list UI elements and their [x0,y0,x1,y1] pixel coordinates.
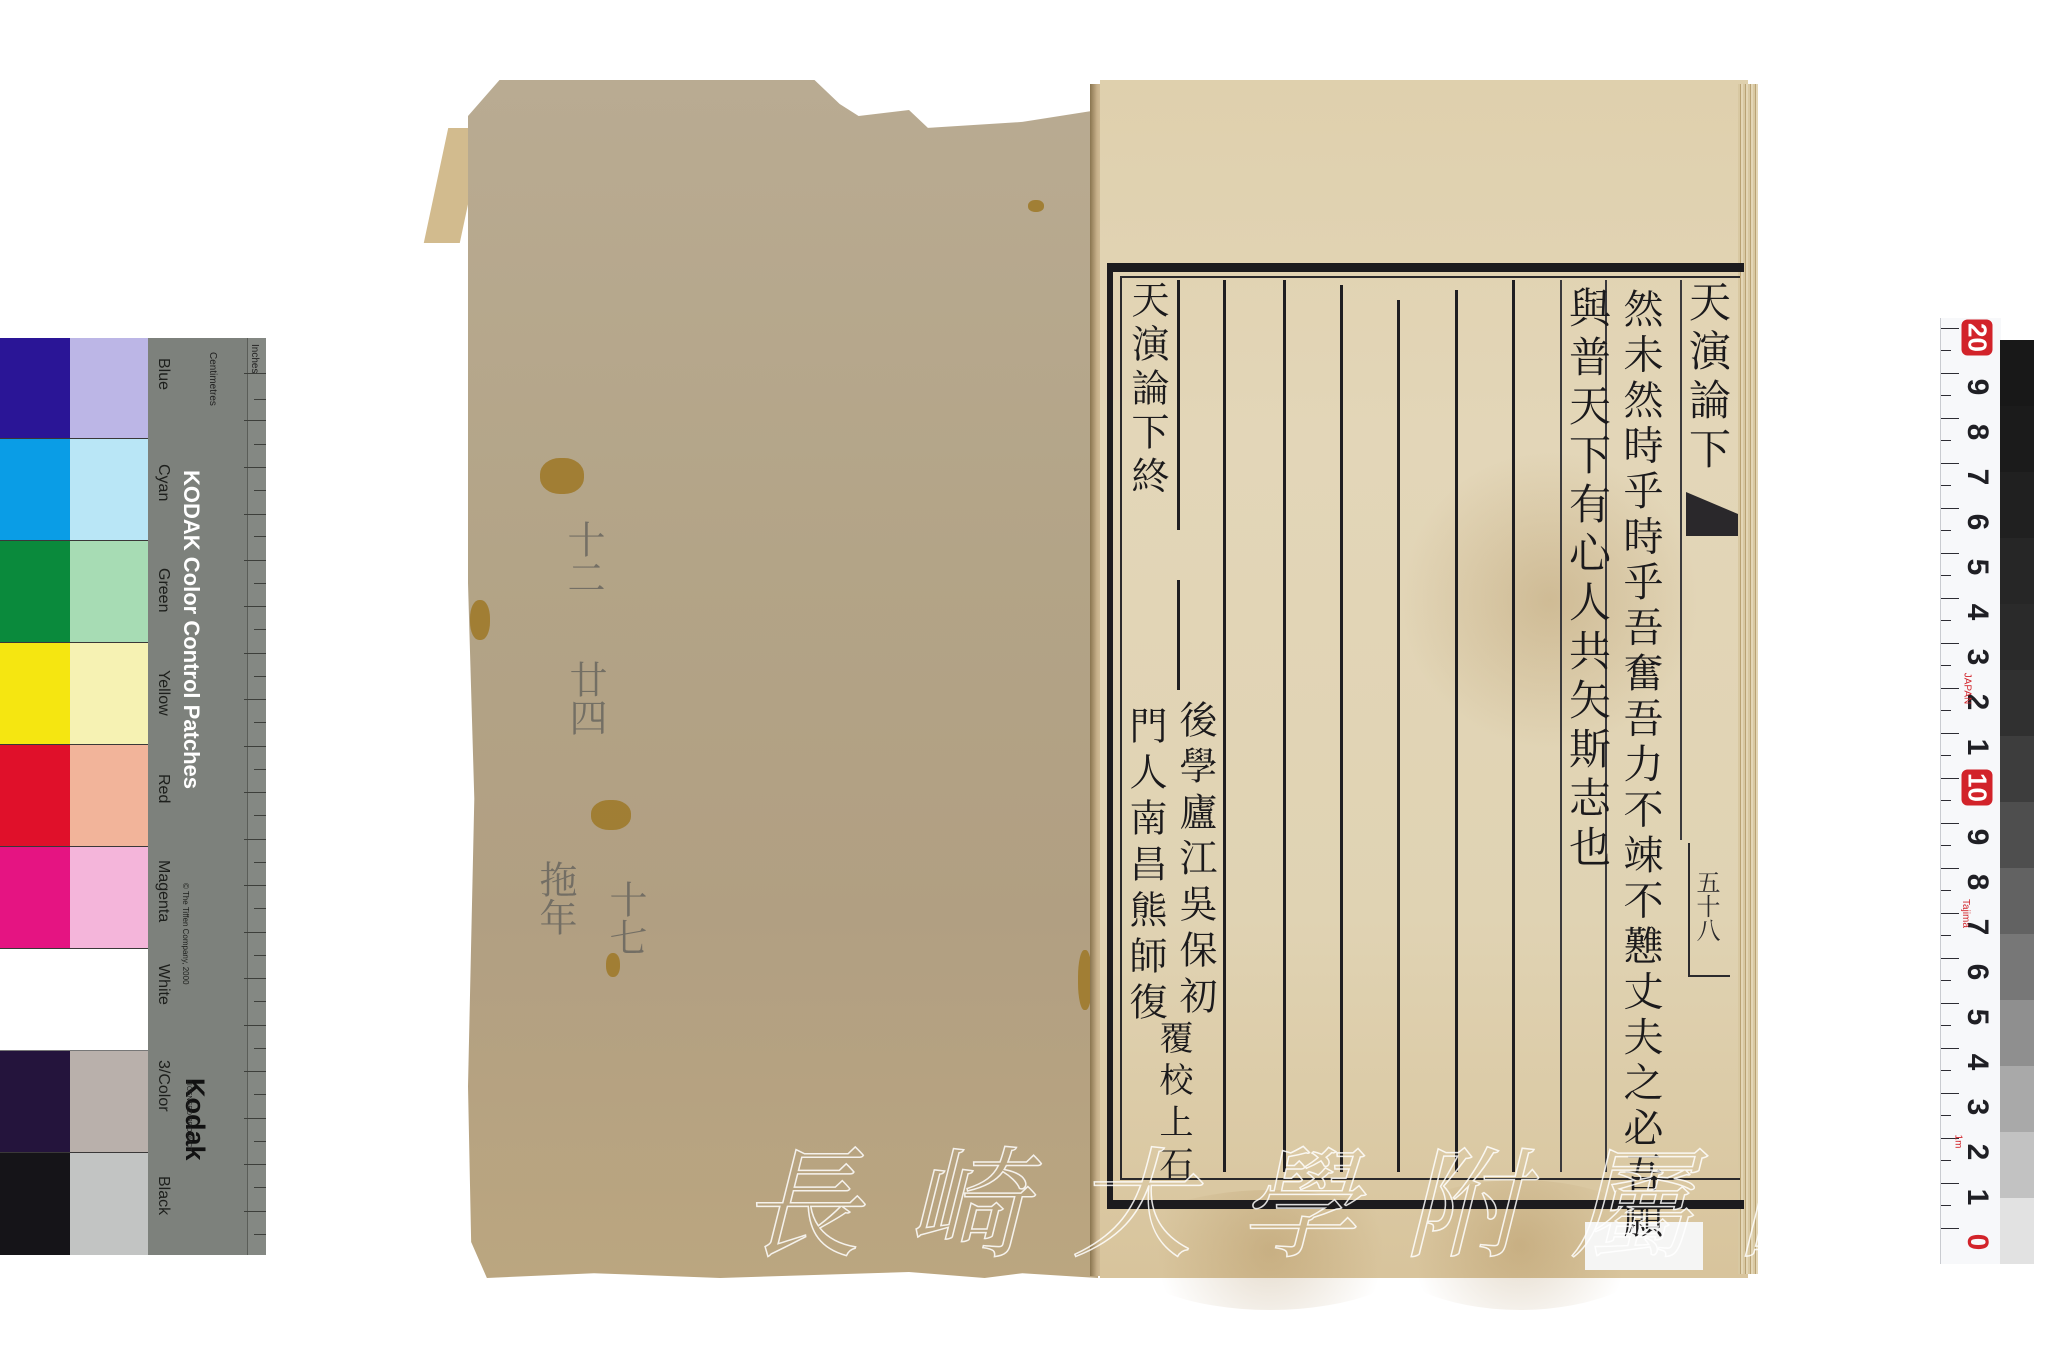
column-rule [1283,280,1286,1172]
ruler-number-20: 20 [1962,320,1993,356]
patch-green-dark [0,541,70,643]
card-copyright: © The Tiffen Company, 2000 [181,883,190,985]
ruler-number: 9 [1960,369,1994,405]
ruler-number: 4 [1960,594,1994,630]
ruler-number: 6 [1960,504,1994,540]
ruler-number: 1 [1960,1179,1994,1215]
ruler-number: 3 [1960,639,1994,675]
paper-loss-stain [540,458,584,494]
patch-red-dark [0,745,70,847]
colophon-column-2: 門人南昌熊師復 [1126,706,1164,1028]
paper-loss-stain [606,953,620,977]
ruler-brand-mark: Tajima [1960,899,1971,928]
patch-blue-light [70,338,148,439]
patch-blue-dark [0,338,70,439]
patch-magenta-dark [0,847,70,949]
paper-loss-stain [1028,200,1044,212]
label-magenta: Magenta [154,860,172,922]
ruler-number: 3 [1960,1089,1994,1125]
patch-white-dark [0,949,70,1051]
ruler-number: 1 [1960,729,1994,765]
patch-3color-dark [0,1051,70,1153]
ruler-number: 2 [1960,1134,1994,1170]
fish-tail-mark [1686,492,1738,536]
colophon-column-1: 後學廬江吳保初 [1176,700,1214,1022]
label-3color: 3/Color [154,1060,172,1112]
ruler-country-mark: JAPAN [1961,673,1972,705]
label-cyan: Cyan [154,464,172,501]
body-column-2: 與普天下有心人共矢斯志也 [1566,286,1608,874]
pencil-annotation: 拖年 [528,860,583,936]
label-blue: Blue [154,358,172,390]
ruler-number: 8 [1960,864,1994,900]
inches-label: Inches [249,344,260,373]
pencil-annotation: 廿四 [558,660,613,736]
color-patches-dark [0,338,70,1255]
ruler-number: 9 [1960,819,1994,855]
label-yellow: Yellow [154,670,172,716]
column-rule [1177,280,1180,530]
folio-number: 五十八 [1694,870,1718,942]
column-rule [1680,280,1682,840]
ruler-number-10: 10 [1962,770,1993,806]
column-rule [1223,280,1226,1172]
ruler-number: 5 [1960,999,1994,1035]
paper-loss-stain [591,800,631,830]
grayscale-strip [2000,340,2034,1264]
end-title: 天演論下終 [1128,280,1166,500]
patch-cyan-dark [0,439,70,541]
patch-red-light [70,745,148,847]
patch-black-dark [0,1153,70,1255]
pencil-annotation: 十二 [556,520,611,596]
ruler-number: 8 [1960,414,1994,450]
label-green: Green [154,568,172,612]
column-rule [1560,280,1562,1172]
ruler-number: 6 [1960,954,1994,990]
pencil-annotation: 十七 [598,880,653,956]
column-rule [1512,280,1515,1172]
patch-cyan-light [70,439,148,541]
patch-yellow-dark [0,643,70,745]
licensed-product-label: LICENSED PRODUCT [185,1080,192,1152]
label-black: Black [154,1176,172,1215]
column-rule [1340,285,1343,1172]
patch-black-light [70,1153,148,1255]
body-column-1: 然未然時乎時乎吾奮吾力不竦不戁丈夫之必吾願 [1620,288,1660,1244]
color-card-label-strip: Inches Centimetres Blue Cyan Green Yello… [148,338,266,1255]
card-title: KODAK Color Control Patches [178,470,204,789]
label-white: White [154,964,172,1005]
ruler-length-mark: 1m [1952,1135,1963,1149]
running-title: 天演論下 [1686,280,1728,476]
column-rule [1455,290,1458,1172]
patch-3color-light [70,1051,148,1153]
measuring-tape: 20 9 8 7 6 5 4 3 2 1 10 9 8 7 6 5 4 3 2 … [1940,318,2001,1264]
column-rule [1177,580,1180,690]
paper-loss-stain [470,600,490,640]
patch-white-light [70,949,148,1051]
patch-yellow-light [70,643,148,745]
ruler-number-0: 0 [1960,1224,1994,1260]
kodak-logo: Kodak [179,1078,210,1161]
kodak-color-card: Inches Centimetres Blue Cyan Green Yello… [0,338,266,1255]
library-watermark: 長崎大學附屬圖書館 [740,1110,2048,1282]
ruler-number: 5 [1960,549,1994,585]
patch-green-light [70,541,148,643]
centimetres-label: Centimetres [207,352,218,406]
patch-magenta-light [70,847,148,949]
color-patches-light [70,338,148,1255]
ruler-number: 4 [1960,1044,1994,1080]
ruler-number: 7 [1960,459,1994,495]
label-red: Red [154,774,172,803]
column-rule [1397,300,1400,1172]
